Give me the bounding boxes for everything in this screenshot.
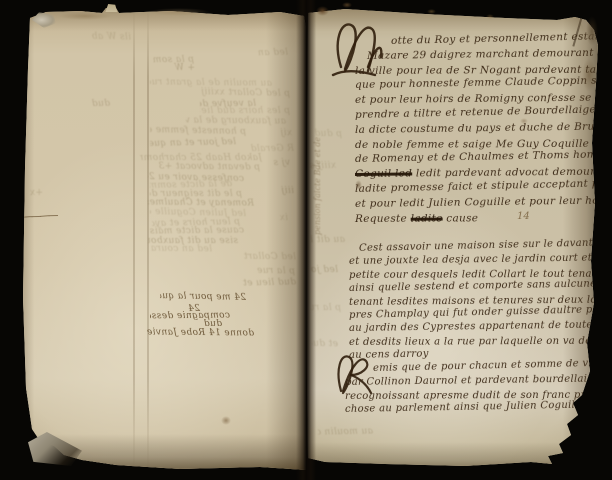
manuscript-line: de Romenay et de Chaulmes et Thoms homme… — [355, 148, 598, 165]
bleed-through-line: de la dicte somme — [150, 179, 232, 191]
bleed-through-line: p devant advocat +3 — [150, 161, 260, 172]
paper-stain — [427, 9, 436, 14]
manuscript-line: otte du Roy et personnellement estably h… — [391, 27, 598, 47]
manuscript-line: Requeste ladite cause — [355, 212, 478, 225]
fold-crease — [133, 8, 135, 471]
manuscript-line: et pour ledit Julien Coguille et pour le… — [355, 194, 598, 210]
page-number: 7 — [559, 11, 565, 21]
bleed-through-line: Romenay et Chaulmes de — [148, 197, 254, 208]
bleed-through-line: p leur hoirs et ayans — [152, 217, 240, 229]
manuscript-line: et une jouxte lea desja avec le jardin c… — [349, 252, 598, 267]
paper-stain — [221, 416, 231, 425]
bleed-through-line: p les hoirs dud lieu — [200, 106, 290, 116]
paper-stain — [148, 8, 210, 16]
bleed-through-line: p la somme — [152, 55, 194, 65]
manuscript-line: et pour leur hoirs de Romigny confesse s… — [355, 91, 598, 106]
paper-stain — [586, 16, 598, 46]
bleed-through-line: au fauxbourg de la ville — [186, 115, 286, 126]
manuscript-line: Cest assavoir une maison sise sur le dav… — [359, 236, 598, 254]
manuscript-line: Mazare 29 daigrez marchant demourant au … — [367, 45, 598, 61]
manuscript-line: petite cour desquels ledit Collart le to… — [349, 268, 598, 281]
bleed-through-line: R Gerald — [228, 144, 294, 155]
bleed-through-line: au dit lieu — [311, 235, 345, 245]
bleed-through-line: au moulin de la — [318, 426, 373, 437]
manuscript-line: par Collinon Daurnol et pardevant bourde… — [345, 372, 598, 387]
struck-text: ladite — [411, 212, 443, 224]
right-page: otte du Roy et personnellement estably h… — [305, 3, 598, 475]
bleed-through-line: p led Collart xxiiij s — [198, 87, 290, 99]
corner-crack — [572, 13, 583, 46]
struck-marginal-note: ――――― confirmacion passee — [20, 210, 58, 229]
paper-stain — [316, 6, 329, 16]
bleed-through-line: p le dit seigneur de — [150, 189, 242, 199]
bleed-through-line: + W — [165, 63, 195, 73]
bleed-through-line: xij — [268, 128, 292, 139]
bleed-through-line: 24 me pour la quality Salueray — [160, 291, 246, 303]
bleed-through-line: la veufve de — [200, 99, 256, 110]
manuscript-line: pres Champlay qui fut onder guisse dault… — [349, 303, 598, 321]
bleed-through-line: iiij — [272, 186, 294, 196]
struck-text: Coguil led — [355, 168, 412, 181]
bleed-through-line: donne 14 Robe Janvier 46 — [146, 327, 254, 338]
manuscript-line: la ville pour lea de Sr Nogant pardevant… — [355, 63, 598, 77]
bleed-through-line: dud lieu et — [238, 277, 296, 288]
bleed-through-line: led an courant — [150, 244, 212, 255]
bleed-through-line: ix — [268, 213, 288, 223]
decorated-initial-R — [333, 351, 373, 397]
bleed-through-line: p dud an — [312, 129, 342, 140]
bleed-through-line: sise au dit fauxbourg — [148, 236, 238, 246]
bleed-through-line: ils W ab — [85, 32, 131, 43]
manuscript-line: recognoissant apresme dudit de son franc… — [345, 389, 598, 402]
bleed-through-line: dud — [80, 99, 110, 110]
paper-stain — [520, 118, 528, 124]
manuscript-line: ladite promesse faict et stipule accepta… — [355, 177, 598, 195]
bleed-through-line: p honneste femme et — [150, 125, 246, 137]
frayed-edge — [563, 447, 593, 471]
bleed-through-line: au moulin de la grant rue dud lieu — [150, 77, 272, 88]
folio-mark: 14 — [517, 211, 530, 222]
manuscript-line: prendre a tiltre et retenue de Bourdella… — [355, 103, 598, 121]
fold-crease — [147, 8, 149, 471]
left-page: ils W abled anp la somme+ Wau moulin de … — [20, 8, 306, 471]
manuscript-line: chose au parlement ainsi que Julien Cogu… — [345, 399, 598, 416]
manuscript-line: que pour honneste femme Claude Coppin sa… — [355, 74, 598, 91]
bleed-through-line: led an — [250, 48, 288, 59]
manuscript-line: au cens darroy — [349, 349, 429, 361]
manuscript-line: la dicte coustume du pays et duche de Br… — [355, 120, 598, 136]
manuscript-line: tenant lesdites maisons et tenures sur d… — [349, 293, 598, 307]
bleed-through-line: +x — [25, 188, 43, 198]
bleed-through-line: led Julien Coguille et — [150, 207, 246, 219]
bleed-through-line: confesse avoir eu 24 — [148, 172, 244, 184]
bleed-through-line: p la rue — [245, 265, 295, 276]
bleed-through-line: 24 — [186, 304, 200, 314]
bleed-through-line: led Collart — [240, 252, 296, 263]
bleed-through-line: led jour et an que — [150, 137, 236, 149]
manuscript-line: Coguil led ledit pardevant advocat demou… — [355, 165, 598, 180]
book-gutter — [296, 0, 316, 480]
paper-stain — [582, 58, 596, 92]
manuscript-line: ainsi quelle sestend et comporte sans au… — [349, 277, 598, 294]
bleed-through-line: Jakob Haab 25 charhomme — [140, 153, 262, 163]
manuscript-line: de noble femme et saige Me Guy Coquille … — [355, 137, 598, 151]
manuscript-line: emis que de pour chacun et somme de ving… — [373, 356, 598, 374]
paper-stain — [486, 14, 494, 19]
decorated-initial-N — [331, 17, 387, 79]
paper-stain — [355, 180, 362, 190]
bleed-through-line: dud — [200, 319, 222, 329]
bleed-through-line: cause la dicte maison — [150, 226, 244, 237]
manuscript-scan: ils W abled anp la somme+ Wau moulin de … — [0, 0, 612, 480]
bleed-through-line: compagnie desse quesnel — [150, 311, 230, 322]
bleed-through-line: vj s — [270, 158, 290, 168]
manuscript-line: et desdits lieux a la rue par laquelle o… — [349, 335, 598, 348]
paper-stain — [58, 12, 112, 20]
paper-stain — [342, 2, 352, 8]
manuscript-line: au jardin des Cyprestes appartenant de t… — [349, 319, 598, 334]
